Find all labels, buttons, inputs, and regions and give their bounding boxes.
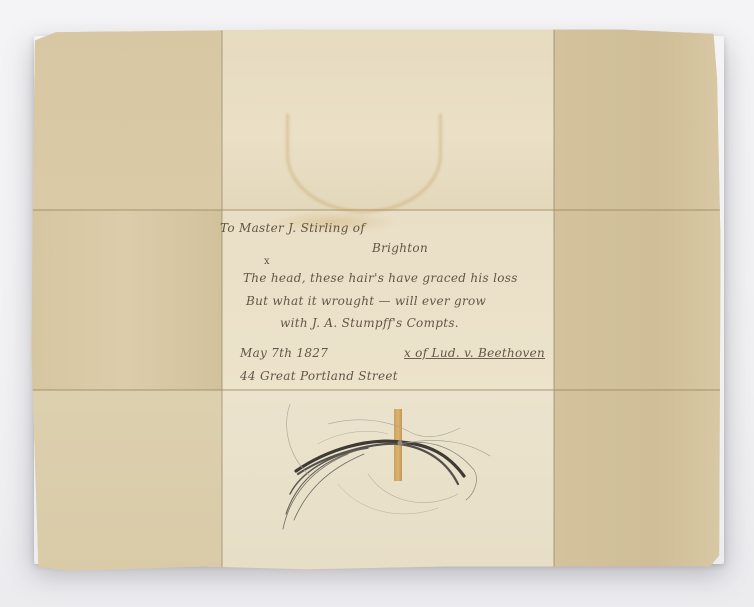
letter-paper: To Master J. Stirling of Brighton x The … — [28, 24, 724, 572]
hair-lock — [28, 24, 724, 572]
